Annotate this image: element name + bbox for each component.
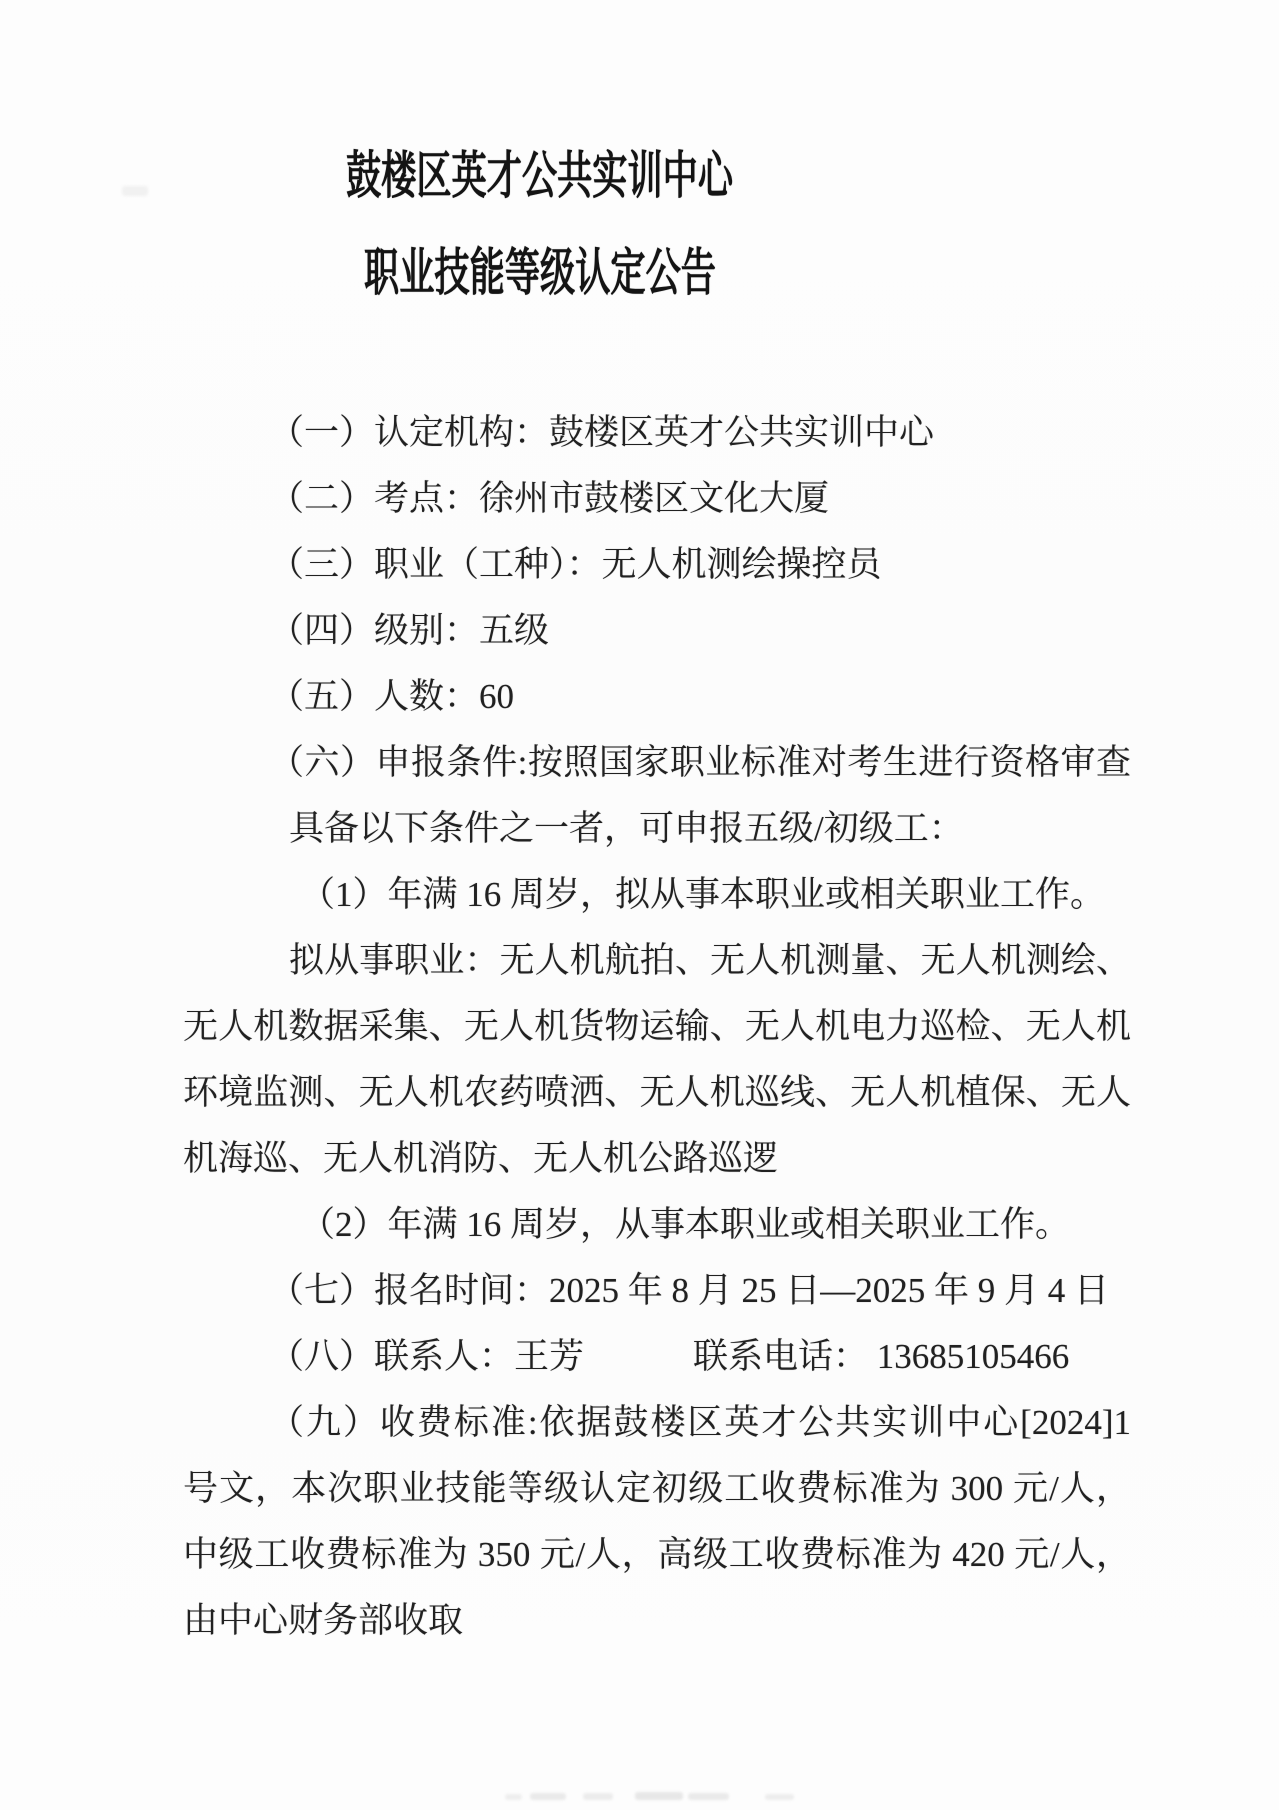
line-condition-2: （2）年满 16 周岁，从事本职业或相关职业工作。	[183, 1192, 1131, 1258]
scan-artifact	[635, 1792, 683, 1800]
line-intended-occupations-1: 拟从事职业：无人机航拍、无人机测量、无人机测绘、	[183, 928, 1131, 994]
line-exam-site: （二）考点：徐州市鼓楼区文化大厦	[183, 466, 1131, 532]
line-fee-collection: 由中心财务部收取	[183, 1588, 1131, 1654]
line-condition-1: （1）年满 16 周岁，拟从事本职业或相关职业工作。	[183, 862, 1131, 928]
line-fee-standard-3: 中级工收费标准为 350 元/人，高级工收费标准为 420 元/人，	[183, 1522, 1131, 1588]
document-title-line1: 鼓楼区英才公共实训中心	[346, 146, 733, 208]
document-title-line2: 职业技能等级认定公告	[364, 243, 716, 305]
contact-person: （八）联系人：王芳	[269, 1337, 584, 1376]
line-intended-occupations-4: 机海巡、无人机消防、无人机公路巡逻	[183, 1126, 1131, 1192]
line-intended-occupations-3: 环境监测、无人机农药喷洒、无人机巡线、无人机植保、无人	[183, 1060, 1131, 1126]
scan-artifact	[122, 186, 148, 196]
scan-artifact	[765, 1794, 794, 1800]
line-intended-occupations-2: 无人机数据采集、无人机货物运输、无人机电力巡检、无人机	[183, 994, 1131, 1060]
line-fee-standard-1: （九）收费标准:依据鼓楼区英才公共实训中心[2024]1	[183, 1390, 1131, 1456]
line-quota: （五）人数：60	[183, 664, 1131, 730]
line-fee-standard-2: 号文，本次职业技能等级认定初级工收费标准为 300 元/人，	[183, 1456, 1131, 1522]
line-registration-period: （七）报名时间：2025 年 8 月 25 日—2025 年 9 月 4 日	[183, 1258, 1131, 1324]
document-title-wrap: 鼓楼区英才公共实训中心	[0, 146, 1080, 208]
line-application-conditions: （六）申报条件:按照国家职业标准对考生进行资格审查	[183, 730, 1131, 796]
scan-artifact	[505, 1794, 522, 1800]
line-occupation: （三）职业（工种）：无人机测绘操控员	[183, 532, 1131, 598]
contact-phone: 联系电话： 13685105466	[693, 1324, 1069, 1390]
scan-artifact	[583, 1793, 613, 1800]
line-contact: （八）联系人：王芳 联系电话： 13685105466	[183, 1324, 1131, 1390]
scanned-announcement-page: 鼓楼区英才公共实训中心 职业技能等级认定公告 （一）认定机构：鼓楼区英才公共实训…	[0, 0, 1279, 1810]
document-body: （一）认定机构：鼓楼区英才公共实训中心 （二）考点：徐州市鼓楼区文化大厦 （三）…	[183, 400, 1131, 1654]
line-level: （四）级别：五级	[183, 598, 1131, 664]
line-conditions-intro: 具备以下条件之一者，可申报五级/初级工：	[183, 796, 1131, 862]
document-subtitle-wrap: 职业技能等级认定公告	[0, 243, 1080, 305]
scan-artifact	[530, 1793, 566, 1800]
line-certifying-body: （一）认定机构：鼓楼区英才公共实训中心	[183, 400, 1131, 466]
scan-artifact	[688, 1793, 729, 1800]
